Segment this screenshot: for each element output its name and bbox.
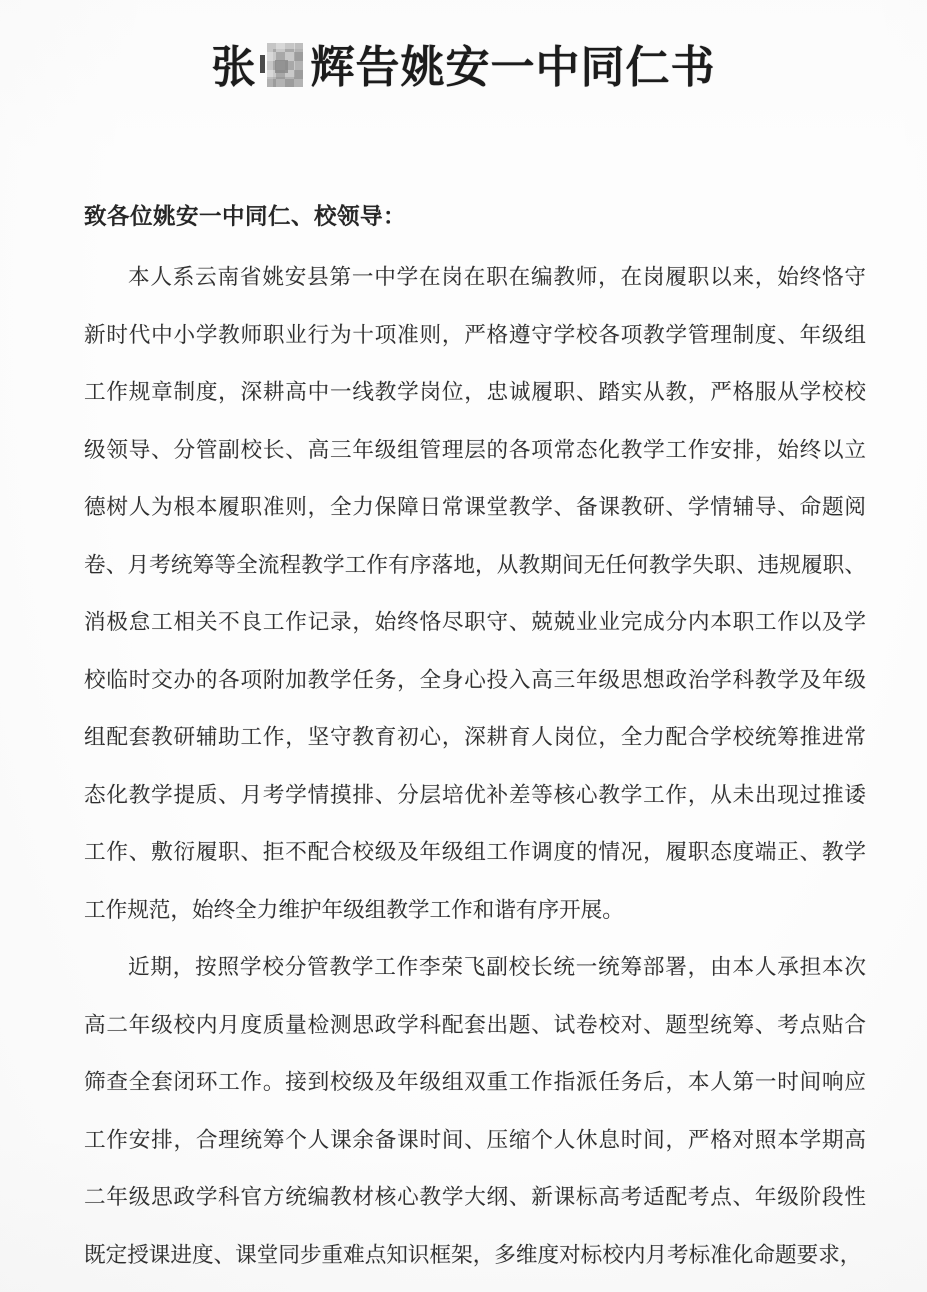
text-line: 工作规范，始终全力维护年级组教学工作和谐有序开展。 <box>84 881 866 939</box>
text-line: 本人系云南省姚安县第一中学在岗在职在编教师，在岗履职以来，始终恪守 <box>84 248 866 306</box>
text-line: 级领导、分管副校长、高三年级组管理层的各项常态化教学工作安排，始终以立 <box>84 421 866 479</box>
redacted-character-block <box>267 43 303 87</box>
document-title: 张辉告姚安一中同仁书 <box>0 42 927 94</box>
text-line: 新时代中小学教师职业行为十项准则，严格遵守学校各项教学管理制度、年级组 <box>84 306 866 364</box>
text-line: 近期，按照学校分管教学工作李荣飞副校长统一统筹部署，由本人承担本次 <box>84 938 866 996</box>
text-line: 工作安排，合理统筹个人课余备课时间、压缩个人休息时间，严格对照本学期高 <box>84 1111 866 1169</box>
salutation: 致各位姚安一中同仁、校领导： <box>84 194 866 240</box>
title-prefix: 张 <box>212 43 257 92</box>
title-suffix: 辉告姚安一中同仁书 <box>311 43 716 92</box>
text-line: 筛查全套闭环工作。接到校级及年级组双重工作指派任务后，本人第一时间响应 <box>84 1053 866 1111</box>
document-content: 致各位姚安一中同仁、校领导： 本人系云南省姚安县第一中学在岗在职在编教师，在岗履… <box>84 194 866 1283</box>
text-line: 工作规章制度，深耕高中一线教学岗位，忠诚履职、踏实从教，严格服从学校校 <box>84 363 866 421</box>
text-line: 德树人为根本履职准则，全力保障日常课堂教学、备课教研、学情辅导、命题阅 <box>84 478 866 536</box>
text-line: 二年级思政学科官方统编教材核心教学大纲、新课标高考适配考点、年级阶段性 <box>84 1168 866 1226</box>
text-line: 态化教学提质、月考学情摸排、分层培优补差等核心教学工作，从未出现过推诿 <box>84 766 866 824</box>
text-line: 高二年级校内月度质量检测思政学科配套出题、试卷校对、题型统筹、考点贴合 <box>84 996 866 1054</box>
text-line: 卷、月考统筹等全流程教学工作有序落地，从教期间无任何教学失职、违规履职、 <box>84 536 866 594</box>
text-line: 消极怠工相关不良工作记录，始终恪尽职守、兢兢业业完成分内本职工作以及学 <box>84 593 866 651</box>
text-line: 既定授课进度、课堂同步重难点知识框架，多维度对标校内月考标准化命题要求， <box>84 1226 866 1284</box>
document-page: 张辉告姚安一中同仁书 致各位姚安一中同仁、校领导： 本人系云南省姚安县第一中学在… <box>0 0 927 1292</box>
text-line: 校临时交办的各项附加教学任务，全身心投入高三年级思想政治学科教学及年级 <box>84 651 866 709</box>
document-body: 本人系云南省姚安县第一中学在岗在职在编教师，在岗履职以来，始终恪守新时代中小学教… <box>84 248 866 1283</box>
text-line: 组配套教研辅助工作，坚守教育初心，深耕育人岗位，全力配合学校统筹推进常 <box>84 708 866 766</box>
text-line: 工作、敷衍履职、拒不配合校级及年级组工作调度的情况，履职态度端正、教学 <box>84 823 866 881</box>
